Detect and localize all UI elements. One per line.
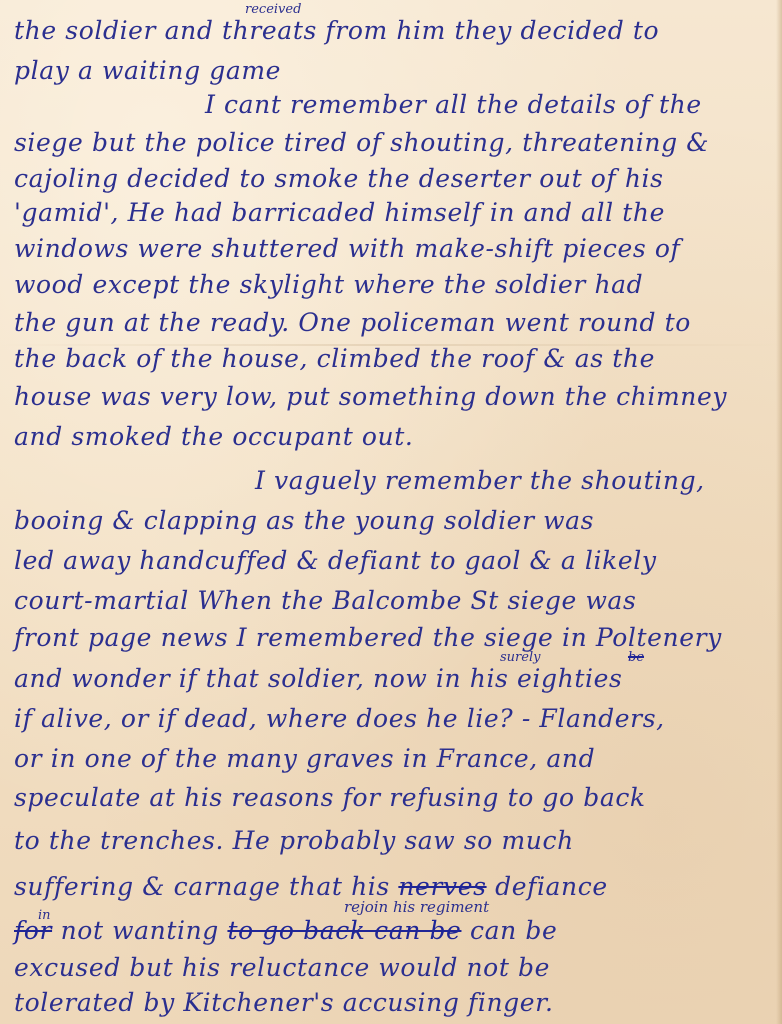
struck-phrase: to go back can be bbox=[227, 916, 461, 945]
text-line-10: the back of the house, climbed the roof … bbox=[14, 346, 655, 371]
text-line-12: and smoked the occupant out. bbox=[14, 424, 413, 449]
struck-word-for: for bbox=[14, 916, 52, 945]
insertion-received: received bbox=[245, 2, 301, 17]
line-23-part-a: suffering & carnage that his bbox=[14, 872, 390, 901]
text-line-5: cajoling decided to smoke the deserter o… bbox=[14, 166, 664, 191]
text-line-26: tolerated by Kitchener's accusing finger… bbox=[14, 990, 554, 1015]
text-line-17: front page news I remembered the siege i… bbox=[14, 625, 722, 650]
struck-word-nerves: nerves bbox=[398, 872, 486, 901]
struck-word-be: be bbox=[628, 650, 644, 665]
paper-edge bbox=[776, 0, 782, 1024]
text-line-4: siege but the police tired of shouting, … bbox=[14, 130, 709, 155]
line-23-part-b: defiance bbox=[495, 872, 608, 901]
text-line-13: I vaguely remember the shouting, bbox=[255, 468, 705, 493]
text-line-18: and wonder if that soldier, now in his e… bbox=[14, 666, 622, 691]
text-line-16: court-martial When the Balcombe St siege… bbox=[14, 588, 636, 613]
text-line-20: or in one of the many graves in France, … bbox=[14, 746, 595, 771]
line-24-part-b: can be bbox=[470, 916, 557, 945]
text-line-14: booing & clapping as the young soldier w… bbox=[14, 508, 594, 533]
insertion-rejoin-his-regiment: rejoin his regiment bbox=[344, 898, 489, 916]
text-line-8: wood except the skylight where the soldi… bbox=[14, 272, 643, 297]
line-1-part-a: the soldier and bbox=[14, 16, 213, 45]
text-line-3: I cant remember all the details of the bbox=[205, 92, 702, 117]
text-line-25: excused but his reluctance would not be bbox=[14, 955, 550, 980]
text-line-7: windows were shuttered with make-shift p… bbox=[14, 236, 680, 261]
line-1-part-b: threats from him they decided to bbox=[222, 16, 659, 45]
text-line-23: suffering & carnage that his nerves defi… bbox=[14, 874, 608, 899]
text-line-6: 'gamid', He had barricaded himself in an… bbox=[14, 200, 665, 225]
text-line-21: speculate at his reasons for refusing to… bbox=[14, 785, 646, 810]
text-line-1: the soldier and threats from him they de… bbox=[14, 18, 659, 43]
text-line-9: the gun at the ready. One policeman went… bbox=[14, 310, 691, 335]
text-line-2: play a waiting game bbox=[14, 58, 281, 83]
text-line-24: for not wanting to go back can be can be bbox=[14, 918, 557, 943]
text-line-22: to the trenches. He probably saw so much bbox=[14, 828, 574, 853]
text-line-11: house was very low, put something down t… bbox=[14, 384, 727, 409]
line-24-part-a: not wanting bbox=[61, 916, 219, 945]
manuscript-page: the soldier and threats from him they de… bbox=[0, 0, 782, 1024]
insertion-surely: surely bbox=[500, 650, 540, 665]
text-line-19: if alive, or if dead, where does he lie?… bbox=[14, 706, 665, 731]
text-line-15: led away handcuffed & defiant to gaol & … bbox=[14, 548, 657, 573]
